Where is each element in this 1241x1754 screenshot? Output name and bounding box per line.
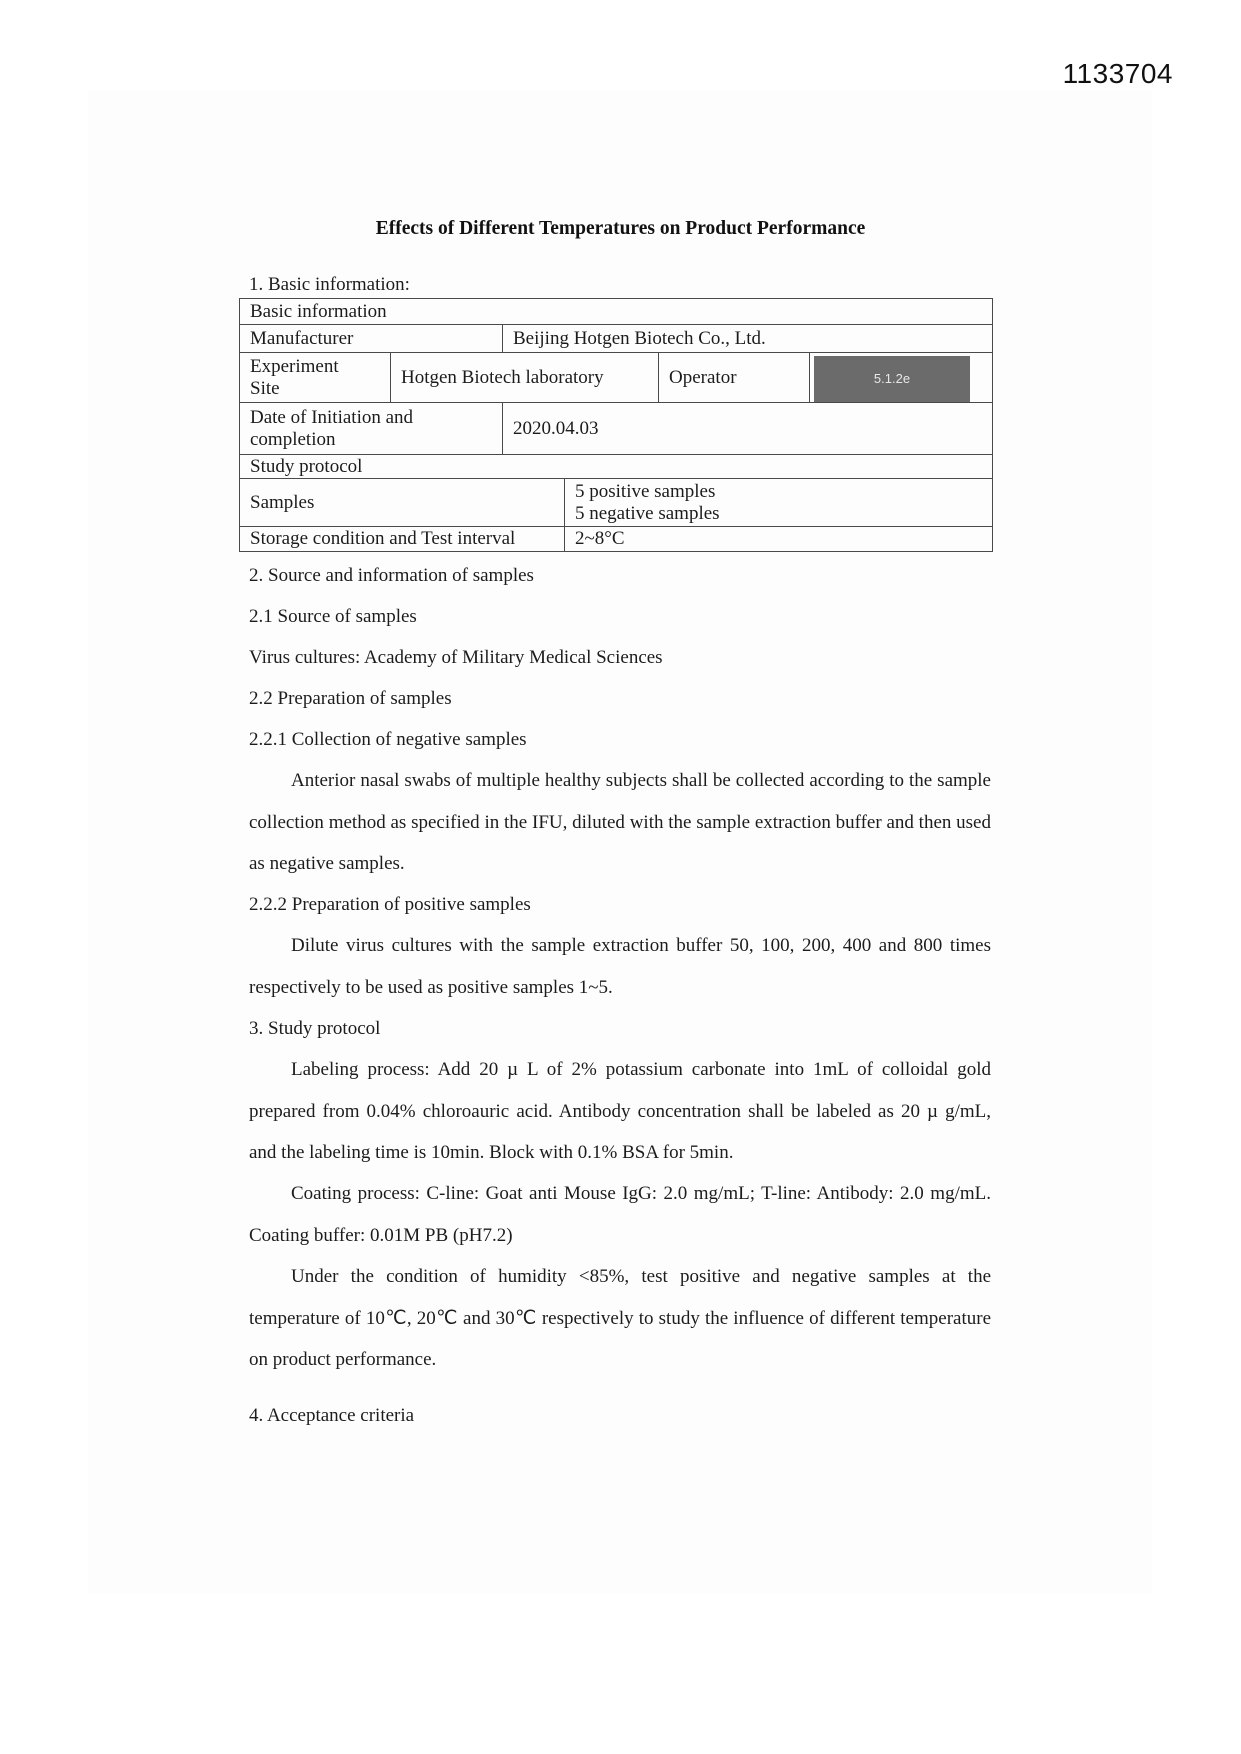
basic-information-table: Basic information Manufacturer Beijing H… bbox=[239, 298, 993, 552]
document-title: Effects of Different Temperatures on Pro… bbox=[0, 218, 1241, 240]
section-2-2-heading: 2.2 Preparation of samples bbox=[249, 688, 452, 710]
date-label-line1: Date of Initiation and bbox=[250, 407, 413, 429]
section-2-2-2-heading: 2.2.2 Preparation of positive samples bbox=[249, 894, 531, 916]
table-row-storage: Storage condition and Test interval 2~8°… bbox=[239, 526, 993, 552]
samples-value: 5 positive samples 5 negative samples bbox=[564, 479, 992, 526]
section-3-heading: 3. Study protocol bbox=[249, 1018, 380, 1040]
date-label: Date of Initiation and completion bbox=[240, 403, 502, 454]
section-2-1-text: Virus cultures: Academy of Military Medi… bbox=[249, 647, 663, 669]
section-2-1-heading: 2.1 Source of samples bbox=[249, 606, 417, 628]
table-row-header: Basic information bbox=[239, 298, 993, 324]
section-4-heading: 4. Acceptance criteria bbox=[249, 1405, 414, 1427]
experiment-site-label-line2: Site bbox=[250, 378, 280, 400]
samples-label: Samples bbox=[240, 479, 564, 526]
redaction-box: 5.1.2e bbox=[814, 356, 970, 402]
labeling-process-text: Labeling process: Add 20 µ L of 2% potas… bbox=[249, 1049, 991, 1174]
section-2-2-1-text: Anterior nasal swabs of multiple healthy… bbox=[249, 760, 991, 885]
date-label-line2: completion bbox=[250, 429, 335, 451]
section-2-heading: 2. Source and information of samples bbox=[249, 565, 534, 587]
storage-label: Storage condition and Test interval bbox=[240, 527, 564, 551]
table-row-protocol-header: Study protocol bbox=[239, 454, 993, 478]
date-value: 2020.04.03 bbox=[502, 403, 992, 454]
table-row-date: Date of Initiation and completion 2020.0… bbox=[239, 402, 993, 454]
section-1-heading: 1. Basic information: bbox=[249, 274, 410, 296]
coating-process-text: Coating process: C-line: Goat anti Mouse… bbox=[249, 1173, 991, 1256]
experiment-site-label-line1: Experiment bbox=[250, 356, 339, 378]
samples-value-positive: 5 positive samples bbox=[575, 481, 715, 503]
samples-value-negative: 5 negative samples bbox=[575, 503, 720, 525]
table-row-samples: Samples 5 positive samples 5 negative sa… bbox=[239, 478, 993, 526]
table-header-basic-information: Basic information bbox=[240, 299, 992, 324]
operator-value-cell: 5.1.2e bbox=[809, 353, 992, 402]
document-id: 1133704 bbox=[1063, 58, 1173, 90]
section-2-2-1-heading: 2.2.1 Collection of negative samples bbox=[249, 729, 527, 751]
manufacturer-value: Beijing Hotgen Biotech Co., Ltd. bbox=[502, 325, 992, 352]
experiment-site-value: Hotgen Biotech laboratory bbox=[390, 353, 658, 402]
operator-label: Operator bbox=[658, 353, 809, 402]
table-row-site: Experiment Site Hotgen Biotech laborator… bbox=[239, 352, 993, 402]
experiment-site-label: Experiment Site bbox=[240, 353, 390, 402]
study-protocol-header: Study protocol bbox=[240, 455, 992, 478]
storage-value: 2~8°C bbox=[564, 527, 992, 551]
section-2-2-2-text: Dilute virus cultures with the sample ex… bbox=[249, 925, 991, 1008]
table-row-manufacturer: Manufacturer Beijing Hotgen Biotech Co.,… bbox=[239, 324, 993, 352]
test-condition-text: Under the condition of humidity <85%, te… bbox=[249, 1256, 991, 1381]
manufacturer-label: Manufacturer bbox=[240, 325, 502, 352]
